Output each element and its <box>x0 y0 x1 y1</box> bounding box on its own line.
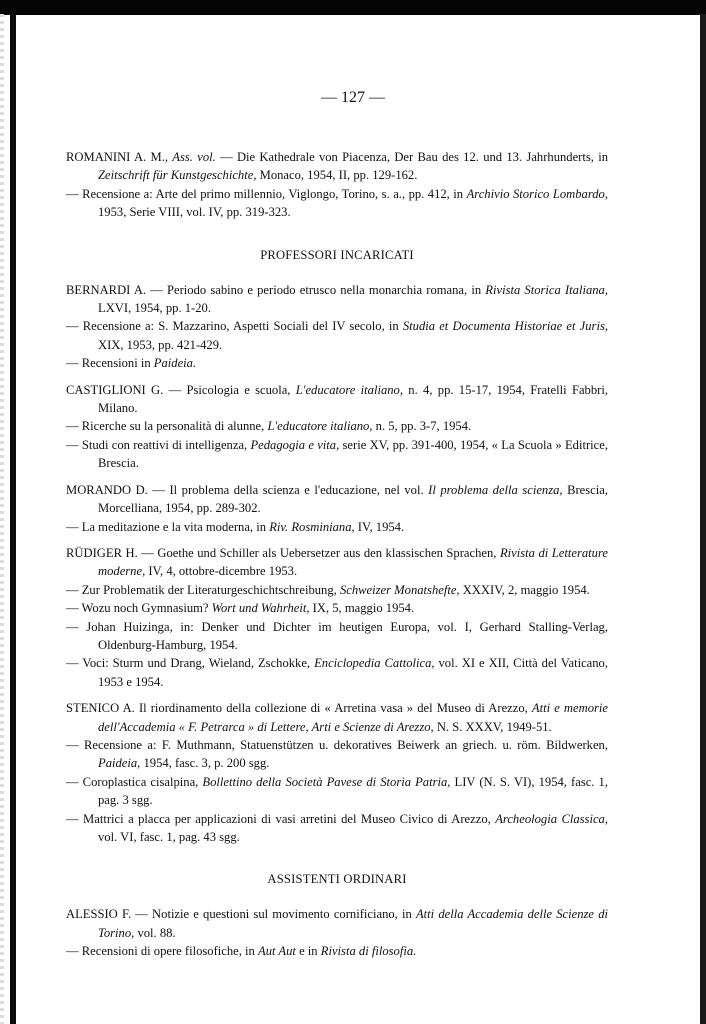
publication-title: L'educatore italiano, <box>267 419 372 433</box>
citation-text: XIX, 1953, pp. 421-429. <box>98 338 222 352</box>
citation: BERNARDI A. — Periodo sabino e periodo e… <box>66 281 608 318</box>
publication-title: L'educatore italiano, <box>296 383 403 397</box>
citation-text: LXVI, 1954, pp. 1-20. <box>98 301 211 315</box>
publication-title: Zeitschrift für Kunstgeschichte, <box>98 168 256 182</box>
citation-text: — Voci: Sturm und Drang, Wieland, Zschok… <box>66 656 314 670</box>
citation: — Recensione a: S. Mazzarino, Aspetti So… <box>66 317 608 354</box>
citation-text: IX, 5, maggio 1954. <box>310 601 415 615</box>
citation-text: ALESSIO F. — Notizie e questioni sul mov… <box>66 907 416 921</box>
publication-title: Paideia, <box>98 756 140 770</box>
citation-text: — Zur Problematik der Literaturgeschicht… <box>66 583 340 597</box>
citation-text: STENICO A. Il riordinamento della collez… <box>66 701 532 715</box>
scan-right-border <box>700 14 706 1024</box>
scan-left-border <box>10 14 16 1024</box>
citation-text: RÜDIGER H. — Goethe und Schiller als Ueb… <box>66 546 500 560</box>
bibliography-content: ROMANINI A. M., Ass. vol. — Die Kathedra… <box>66 148 608 969</box>
publication-title: Paideia. <box>154 356 196 370</box>
citation-text: — Recensione a: F. Muthmann, Statuenstüt… <box>66 738 608 752</box>
citation: — Zur Problematik der Literaturgeschicht… <box>66 581 608 599</box>
citation-text: IV, 4, ottobre-dicembre 1953. <box>145 564 297 578</box>
citation-text: — Recensione a: Arte del primo millennio… <box>66 187 467 201</box>
author-entry: BERNARDI A. — Periodo sabino e periodo e… <box>66 281 608 373</box>
author-entry: MORANDO D. — Il problema della scienza e… <box>66 481 608 536</box>
publication-title: Wort und Wahrheit, <box>212 601 310 615</box>
publication-title: Archivio Storico Lombardo, <box>467 187 608 201</box>
citation: — La meditazione e la vita moderna, in R… <box>66 518 608 536</box>
publication-title: Schweizer Monatshefte, <box>340 583 460 597</box>
citation-text: 1953, Serie VIII, vol. IV, pp. 319-323. <box>98 205 291 219</box>
citation: — Studi con reattivi di intelligenza, Pe… <box>66 436 608 473</box>
citation: — Mattrici a placca per applicazioni di … <box>66 810 608 847</box>
citation: — Recensioni di opere filosofiche, in Au… <box>66 942 608 960</box>
section-heading: ASSISTENTI ORDINARI <box>66 872 608 887</box>
citation: — Johan Huizinga, in: Denker und Dichter… <box>66 618 608 655</box>
citation-text: — Recensioni in <box>66 356 154 370</box>
citation-text: MORANDO D. — Il problema della scienza e… <box>66 483 428 497</box>
citation-text: — Coroplastica cisalpina, <box>66 775 202 789</box>
citation-text: Monaco, 1954, II, pp. 129-162. <box>256 168 417 182</box>
citation-text: IV, 1954. <box>355 520 404 534</box>
citation: — Coroplastica cisalpina, Bollettino del… <box>66 773 608 810</box>
author-entry: STENICO A. Il riordinamento della collez… <box>66 699 608 846</box>
citation: — Voci: Sturm und Drang, Wieland, Zschok… <box>66 654 608 691</box>
citation: — Recensioni in Paideia. <box>66 354 608 372</box>
citation: — Ricerche su la personalità di alunne, … <box>66 417 608 435</box>
scan-left-edge <box>0 14 4 1024</box>
publication-title: Il problema della scienza, <box>428 483 562 497</box>
citation-text: — Johan Huizinga, in: Denker und Dichter… <box>66 620 608 652</box>
publication-title: Riv. Rosminiana, <box>269 520 354 534</box>
citation-text: — Wozu noch Gymnasium? <box>66 601 212 615</box>
author-entry: CASTIGLIONI G. — Psicologia e scuola, L'… <box>66 381 608 473</box>
citation-text: XXXIV, 2, maggio 1954. <box>460 583 590 597</box>
publication-title: Enciclopedia Cattolica, <box>314 656 434 670</box>
citation-text: BERNARDI A. — Periodo sabino e periodo e… <box>66 283 485 297</box>
citation-text: ROMANINI A. M., <box>66 150 172 164</box>
citation: ROMANINI A. M., Ass. vol. — Die Kathedra… <box>66 148 608 185</box>
citation-text: CASTIGLIONI G. — Psicologia e scuola, <box>66 383 296 397</box>
citation: — Recensione a: Arte del primo millennio… <box>66 185 608 222</box>
author-entry: ROMANINI A. M., Ass. vol. — Die Kathedra… <box>66 148 608 222</box>
publication-title: Rivista Storica Italiana, <box>485 283 608 297</box>
publication-title: Archeologia Classica, <box>495 812 608 826</box>
citation-text: — Die Kathedrale von Piacenza, Der Bau d… <box>216 150 608 164</box>
citation: — Wozu noch Gymnasium? Wort und Wahrheit… <box>66 599 608 617</box>
citation-text: vol. VI, fasc. 1, pag. 43 sgg. <box>98 830 240 844</box>
publication-title: Ass. vol. <box>172 150 215 164</box>
citation-text: n. 5, pp. 3-7, 1954. <box>373 419 472 433</box>
citation: ALESSIO F. — Notizie e questioni sul mov… <box>66 905 608 942</box>
citation: STENICO A. Il riordinamento della collez… <box>66 699 608 736</box>
citation-text: — Recensioni di opere filosofiche, in <box>66 944 258 958</box>
publication-title: Aut Aut <box>258 944 296 958</box>
publication-title: Rivista di filosofia. <box>321 944 417 958</box>
citation: CASTIGLIONI G. — Psicologia e scuola, L'… <box>66 381 608 418</box>
citation-text: 1954, fasc. 3, p. 200 sgg. <box>140 756 269 770</box>
citation-text: — Studi con reattivi di intelligenza, <box>66 438 250 452</box>
author-entry: ALESSIO F. — Notizie e questioni sul mov… <box>66 905 608 960</box>
page-number: — 127 — <box>0 89 706 107</box>
publication-title: Pedagogia e vita, <box>250 438 339 452</box>
author-entry: RÜDIGER H. — Goethe und Schiller als Ueb… <box>66 544 608 691</box>
citation-text: vol. 88. <box>134 926 175 940</box>
citation-text: N. S. XXXV, 1949-51. <box>434 720 552 734</box>
citation-text: — Mattrici a placca per applicazioni di … <box>66 812 495 826</box>
citation-text: e in <box>296 944 321 958</box>
citation-text: — Ricerche su la personalità di alunne, <box>66 419 267 433</box>
publication-title: Bollettino della Società Pavese di Stori… <box>202 775 450 789</box>
citation: — Recensione a: F. Muthmann, Statuenstüt… <box>66 736 608 773</box>
citation-text: — Recensione a: S. Mazzarino, Aspetti So… <box>66 319 403 333</box>
publication-title: Studia et Documenta Historiae et Juris, <box>403 319 608 333</box>
citation-text: — La meditazione e la vita moderna, in <box>66 520 269 534</box>
scan-top-border <box>0 0 706 15</box>
citation: MORANDO D. — Il problema della scienza e… <box>66 481 608 518</box>
citation: RÜDIGER H. — Goethe und Schiller als Ueb… <box>66 544 608 581</box>
section-heading: PROFESSORI INCARICATI <box>66 248 608 263</box>
